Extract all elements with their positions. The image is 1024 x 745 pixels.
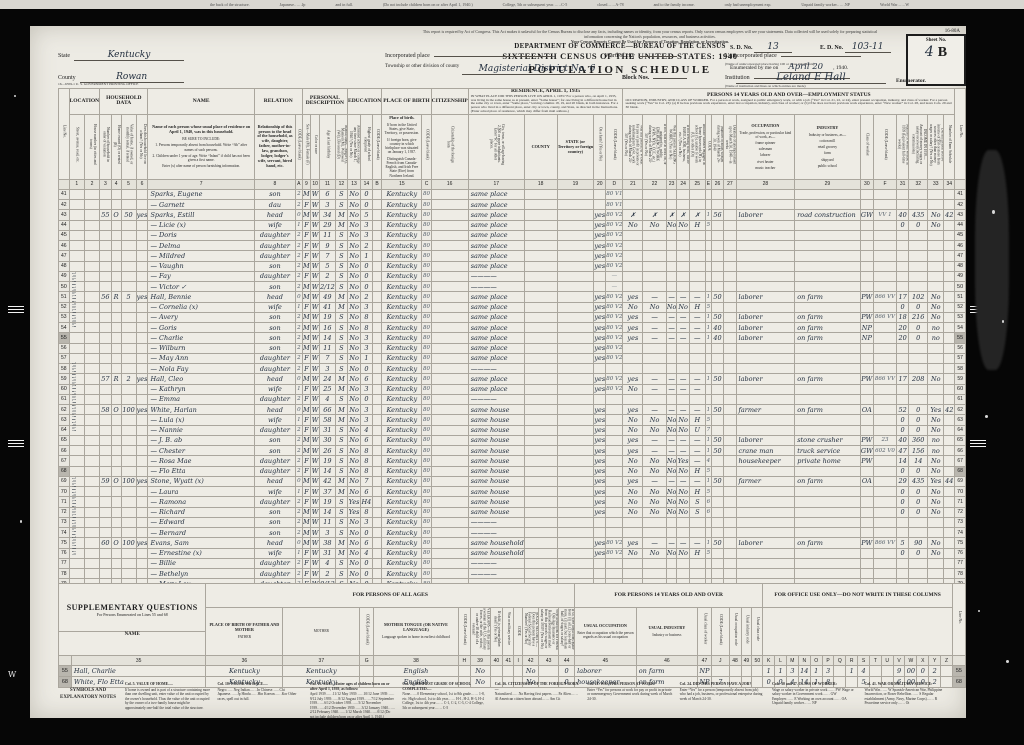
cell-race: W: [311, 528, 320, 538]
cell-farm: [136, 220, 148, 230]
cell-cit: [431, 210, 468, 220]
gpo-imprint: 16—6359-1 U. S. GOVERNMENT PRINTING OFFI…: [58, 82, 138, 86]
cell-hh: [100, 200, 111, 210]
cell-mar: S: [335, 189, 347, 199]
cell-rel: son: [254, 507, 295, 517]
cell-cit: [431, 446, 468, 456]
cell-farm: [136, 230, 148, 240]
cell-codeF: [874, 241, 897, 251]
cell-hours: [711, 282, 723, 292]
film-speck: [14, 95, 16, 97]
note-line: Working on own account…… OA: [797, 697, 846, 701]
col-head-resState: STATE (or Territory or foreign country): [557, 114, 594, 179]
cell-weeks: [896, 394, 908, 404]
cell-w24: No: [677, 548, 689, 558]
col-number: F: [874, 179, 897, 189]
supp-col-number: 41: [503, 656, 514, 666]
col-head-resFarm: On a farm? (Yes or No): [594, 114, 606, 179]
cell-street: [69, 241, 84, 251]
cell-codeB: [372, 466, 382, 476]
cell-cls: [860, 394, 874, 404]
cell-lnR: 74: [955, 528, 966, 538]
cell-birth: Kentucky: [382, 548, 422, 558]
cell-cls: [860, 353, 874, 363]
col-number: 2: [84, 179, 99, 189]
cell-mar: M: [335, 210, 347, 220]
cell-oth: [928, 343, 944, 353]
cell-resState: [557, 292, 594, 302]
cell-oth: No: [928, 497, 944, 507]
cell-resFarm: [594, 558, 606, 568]
cell-race: W: [311, 220, 320, 230]
cell-w25: —: [689, 446, 705, 456]
cell-birth: Kentucky: [382, 323, 422, 333]
cell-age: 30: [320, 435, 336, 445]
cell-resCity: same place: [468, 292, 524, 302]
cell-street: [69, 558, 84, 568]
film-speck: [992, 210, 995, 214]
cell-codeF: [874, 497, 897, 507]
cell-val: [121, 343, 136, 353]
cell-sex: F: [302, 548, 310, 558]
cell-cls: PW: [860, 435, 874, 445]
cell-grade: 8: [361, 507, 373, 517]
cell-name: — Billie: [148, 558, 254, 568]
cell-rel: son: [254, 189, 295, 199]
cell-birth: Kentucky: [382, 343, 422, 353]
cell-grade: 0: [361, 569, 373, 579]
cell-race: W: [311, 558, 320, 568]
census-row-69: 6959O100yesStone, Wyatt (x)head0MW42MNo7…: [59, 476, 966, 486]
cell-codeD: 80 V2: [606, 251, 623, 261]
cell-w24: —: [677, 435, 689, 445]
cell-codeF: [874, 384, 897, 394]
cell-sex: M: [302, 374, 310, 384]
supp-cell-v39: No: [470, 666, 490, 677]
cell-w24: —: [677, 333, 689, 343]
cell-w24: [677, 528, 689, 538]
cell-codeB: [372, 343, 382, 353]
cell-rel: daughter: [254, 353, 295, 363]
cell-resCity: same place: [468, 189, 524, 199]
cell-codeD: 80 V2: [606, 261, 623, 271]
cell-resCity: same place: [468, 323, 524, 333]
cell-age: 26: [320, 446, 336, 456]
cell-own: [111, 230, 121, 240]
cell-name: — Chester: [148, 446, 254, 456]
cell-fs: [944, 312, 955, 322]
col-head-resCounty: COUNTY: [524, 114, 557, 179]
frame-edge-fragment: closed……A-78: [597, 2, 623, 7]
col-head-wage: INCOME IN 1939—Amount of money wages or …: [909, 114, 928, 179]
supp-cell-codeJ: [711, 666, 729, 677]
cell-rel: head: [254, 374, 295, 384]
cell-cls: PW: [860, 312, 874, 322]
cell-occ: [736, 497, 795, 507]
census-row-75: 7560O100yesEvans, Samhead0MW38MNo6Kentuc…: [59, 538, 966, 548]
cell-w23: [666, 241, 677, 251]
cell-house: [84, 497, 99, 507]
cell-ind: road construction: [795, 210, 860, 220]
cell-grade: 0: [361, 261, 373, 271]
cell-w25: H: [689, 548, 705, 558]
cell-w25: —: [689, 456, 705, 466]
cell-codeF: [874, 251, 897, 261]
cell-own: [111, 364, 121, 374]
cell-street: [69, 230, 84, 240]
cell-cls: [860, 343, 874, 353]
cell-mar: S: [335, 271, 347, 281]
cell-lnL: 59: [59, 374, 70, 384]
cell-race: W: [311, 384, 320, 394]
explanatory-notes: SYMBOLS AND EXPLANATORY NOTESCol. 5. VAL…: [58, 682, 950, 719]
cell-hours: [711, 456, 723, 466]
supp-cell-S: 4: [858, 666, 870, 677]
cell-codeA: 2: [295, 241, 302, 251]
cell-weeks: 0: [896, 507, 908, 517]
census-row-45: 45— Dorisdaughter2FW11SNo3Kentucky80same…: [59, 230, 966, 240]
cell-hours: [711, 353, 723, 363]
cell-age: 4: [320, 394, 336, 404]
supp-col-number: 43: [539, 656, 559, 666]
cell-resFarm: yes: [594, 435, 606, 445]
cell-w23: No: [666, 302, 677, 312]
cell-fs: [944, 425, 955, 435]
cell-w24: —: [677, 312, 689, 322]
cell-w24: ✗: [677, 210, 689, 220]
col-head-hours: Number of hours worked during week of Ma…: [711, 114, 723, 179]
cell-mar: S: [335, 241, 347, 251]
cell-w21: [623, 343, 643, 353]
header-text: Language spoken in home in earliest chil…: [374, 634, 458, 640]
cell-age: 25: [320, 384, 336, 394]
supp-cell-P: 3: [822, 666, 834, 677]
cell-lnR: 41: [955, 189, 966, 199]
cell-w21: yes: [623, 374, 643, 384]
cell-rel: daughter: [254, 241, 295, 251]
cell-house: [84, 251, 99, 261]
cell-dur: [724, 415, 736, 425]
cell-w22: —: [643, 446, 667, 456]
cell-age: 38: [320, 538, 336, 548]
cell-ind: [795, 189, 860, 199]
cell-school: No: [348, 569, 361, 579]
note-line: World War…… W: [865, 688, 893, 692]
cell-cls: [860, 548, 874, 558]
enumerator-label: Enumerator.: [896, 78, 926, 84]
supp-col-number: 37: [283, 656, 360, 666]
cell-birth: Kentucky: [382, 200, 422, 210]
supp-cell-O: 1: [810, 666, 822, 677]
cell-mar: S: [335, 261, 347, 271]
cell-wage: [909, 241, 928, 251]
cell-birth: Kentucky: [382, 569, 422, 579]
col-number: A: [295, 179, 302, 189]
frame-edge-fragment: and to the family income.: [654, 2, 695, 7]
township-value: Magisterial District No. 6: [462, 64, 612, 75]
cell-mar: S: [335, 466, 347, 476]
cell-rel: son: [254, 312, 295, 322]
cell-resCounty: [524, 384, 557, 394]
cell-resFarm: yes: [594, 497, 606, 507]
cell-own: [111, 384, 121, 394]
cell-resCity: same place: [468, 353, 524, 363]
supp-col-number: 49: [741, 656, 752, 666]
cell-dur: [724, 251, 736, 261]
cell-codeB: [372, 548, 382, 558]
supp-cell-Q: [834, 666, 846, 677]
cell-hours: 50: [711, 374, 723, 384]
cell-weeks: 18: [896, 312, 908, 322]
cell-w22: No: [643, 456, 667, 466]
cell-weeks: 0: [896, 415, 908, 425]
cell-hours: [711, 271, 723, 281]
cell-oth: [928, 394, 944, 404]
census-row-61: 61— Emmadaughter2FW4SNo0Kentucky80————61: [59, 394, 966, 404]
cell-w23: —: [666, 446, 677, 456]
cell-farm: [136, 517, 148, 527]
cell-w24: [677, 353, 689, 363]
note-block: Col. 11. AGE.—Enter ages of children bor…: [310, 682, 395, 719]
cell-weeks: [896, 364, 908, 374]
cell-wage: [909, 353, 928, 363]
cell-house: [84, 415, 99, 425]
cell-dur: [724, 343, 736, 353]
cell-codeC: 80: [422, 466, 431, 476]
cell-rel: son: [254, 333, 295, 343]
cell-fs: [944, 241, 955, 251]
cell-w23: No: [666, 425, 677, 435]
cell-oth: [928, 558, 944, 568]
cell-val: [121, 333, 136, 343]
cell-oth: No: [928, 210, 944, 220]
header-text: Distinguish Canada-French from Canada-En…: [382, 156, 421, 179]
census-row-57: 57— May Anndaughter2FW7SNo1Kentucky80sam…: [59, 353, 966, 363]
cell-w22: [643, 271, 667, 281]
cell-lnR: 67: [955, 456, 966, 466]
cell-w24: No: [677, 507, 689, 517]
cell-codeA: 2: [295, 282, 302, 292]
cell-lnL: 51: [59, 292, 70, 302]
cell-weeks: 20: [896, 333, 908, 343]
cell-lnL: 72: [59, 507, 70, 517]
cell-age: 34: [320, 210, 336, 220]
cell-birth: Kentucky: [382, 507, 422, 517]
cell-sex: M: [302, 517, 310, 527]
cell-w25: U: [689, 425, 705, 435]
cell-lnR: 48: [955, 261, 966, 271]
cell-resCity: same place: [468, 241, 524, 251]
col-head-mar: Marital status—Single (S), Married (M), …: [335, 114, 347, 179]
cell-wage: 0: [909, 415, 928, 425]
cell-wage: 0: [909, 323, 928, 333]
supp-col-number: T: [869, 656, 881, 666]
cell-mar: S: [335, 282, 347, 292]
cell-cit: [431, 333, 468, 343]
col-number: 24: [677, 179, 689, 189]
col-head-farm: Does this household live on a farm? (Yes…: [136, 114, 148, 179]
cell-mar: S: [335, 425, 347, 435]
cell-ind: on farm: [795, 405, 860, 415]
cell-grade: 0: [361, 528, 373, 538]
cell-cls: GW: [860, 446, 874, 456]
cell-race: W: [311, 282, 320, 292]
cell-resCounty: [524, 292, 557, 302]
cell-codeF: [874, 230, 897, 240]
note-heading: Col. 21. WAS THIS PERSON AT WORK?: [587, 682, 672, 687]
cell-codeA: 2: [295, 507, 302, 517]
incorporated-place-field: Incorporated place: [385, 44, 552, 62]
note-line: Japanese……Jp: [217, 692, 241, 696]
cell-ind: [795, 507, 860, 517]
cell-resCity: same house: [468, 425, 524, 435]
supp-col-number: 42: [523, 656, 539, 666]
cell-w25: S: [689, 507, 705, 517]
ed-label: E. D. No.: [820, 45, 843, 51]
census-row-41: 41Sparks, Eugeneson2MW6SNo0Kentucky80sam…: [59, 189, 966, 199]
cell-own: [111, 517, 121, 527]
cell-occ: [736, 517, 795, 527]
supp-col-number: Q: [834, 656, 846, 666]
cell-resCounty: [524, 435, 557, 445]
cell-codeD: —: [606, 282, 623, 292]
cell-grade: 1: [361, 251, 373, 261]
cell-hh: [100, 220, 111, 230]
cell-fs: [944, 548, 955, 558]
cell-lnR: 77: [955, 558, 966, 568]
cell-hh: [100, 364, 111, 374]
cell-val: 100: [121, 405, 136, 415]
col-number: 34: [944, 179, 955, 189]
cell-fs: [944, 271, 955, 281]
cell-grade: 3: [361, 302, 373, 312]
cell-hours: [711, 241, 723, 251]
cell-rel: daughter: [254, 466, 295, 476]
cell-resFarm: yes: [594, 384, 606, 394]
cell-w22: [643, 558, 667, 568]
cell-resCity: same house: [468, 405, 524, 415]
cell-own: [111, 456, 121, 466]
cell-farm: [136, 384, 148, 394]
cell-w24: No: [677, 302, 689, 312]
cell-resCity: same house: [468, 446, 524, 456]
cell-codeC: 80: [422, 538, 431, 548]
cell-weeks: 14: [896, 456, 908, 466]
cell-lnL: 58: [59, 364, 70, 374]
col-number: 5: [121, 179, 136, 189]
film-speck: [978, 610, 980, 612]
cell-codeC: 80: [422, 333, 431, 343]
col-head-name: Name of each person whose usual place of…: [148, 114, 254, 179]
cell-weeks: [896, 251, 908, 261]
cell-w21: yes: [623, 476, 643, 486]
cell-house: [84, 374, 99, 384]
cell-sex: M: [302, 343, 310, 353]
cell-farm: [136, 466, 148, 476]
cell-hours: [711, 487, 723, 497]
cell-w23: No: [666, 220, 677, 230]
cell-resCounty: [524, 466, 557, 476]
cell-occ: [736, 569, 795, 579]
supp-cell-ucls: NP: [698, 666, 712, 677]
cell-hh: [100, 435, 111, 445]
note-line: Hindu……Hin: [242, 692, 264, 696]
cell-codeB: [372, 251, 382, 261]
cell-cls: [860, 189, 874, 199]
cell-oth: [928, 200, 944, 210]
cell-sex: M: [302, 312, 310, 322]
cell-wage: [909, 517, 928, 527]
cell-resState: [557, 220, 594, 230]
cell-codeD: [606, 558, 623, 568]
cell-lnL: 71: [59, 497, 70, 507]
cell-race: W: [311, 241, 320, 251]
cell-resFarm: yes: [594, 538, 606, 548]
cell-school: No: [348, 558, 361, 568]
col-head-own: Home owned (O) or rented (R): [111, 114, 121, 179]
cell-resState: [557, 435, 594, 445]
cell-house: [84, 435, 99, 445]
cell-farm: [136, 558, 148, 568]
cell-occ: laborer: [736, 292, 795, 302]
cell-grade: 0: [361, 364, 373, 374]
column-group: NAME: [148, 89, 254, 115]
cell-cit: [431, 261, 468, 271]
cell-cit: [431, 558, 468, 568]
cell-ind: [795, 343, 860, 353]
cell-farm: yes: [136, 374, 148, 384]
cell-fs: [944, 384, 955, 394]
cell-codeD: [606, 497, 623, 507]
cell-race: W: [311, 476, 320, 486]
cell-codeA: 2: [295, 394, 302, 404]
cell-w21: [623, 517, 643, 527]
col-number: [955, 179, 966, 189]
cell-hours: [711, 497, 723, 507]
cell-street: [69, 435, 84, 445]
cell-name: Stone, Wyatt (x): [148, 476, 254, 486]
cell-occ: laborer: [736, 374, 795, 384]
cell-dur: [724, 476, 736, 486]
note-heading: Col. 11. AGE.—Enter ages of children bor…: [310, 682, 395, 691]
cell-school: No: [348, 446, 361, 456]
cell-race: W: [311, 374, 320, 384]
cell-wage: 0: [909, 405, 928, 415]
cell-name: — Delma: [148, 241, 254, 251]
cell-val: [121, 446, 136, 456]
cell-name: — Kathryn: [148, 384, 254, 394]
cell-name: White, Harlan: [148, 405, 254, 415]
cell-hh: [100, 394, 111, 404]
cell-lnR: 73: [955, 517, 966, 527]
cell-w23: —: [666, 384, 677, 394]
cell-age: 11: [320, 517, 336, 527]
population-schedule-grid: Line No.LOCATIONHOUSEHOLD DATANAMERELATI…: [58, 88, 966, 600]
cell-dur: [724, 230, 736, 240]
cell-resState: [557, 425, 594, 435]
cell-lnR: 54: [955, 323, 966, 333]
cell-resState: [557, 230, 594, 240]
cell-w23: No: [666, 497, 677, 507]
cell-hh: [100, 189, 111, 199]
cell-name: — Bernard: [148, 528, 254, 538]
cell-w23: No: [666, 456, 677, 466]
cell-fs: [944, 497, 955, 507]
cell-rel: daughter: [254, 497, 295, 507]
cell-ind: private home: [795, 456, 860, 466]
cell-dur: [724, 384, 736, 394]
cell-resCounty: [524, 497, 557, 507]
